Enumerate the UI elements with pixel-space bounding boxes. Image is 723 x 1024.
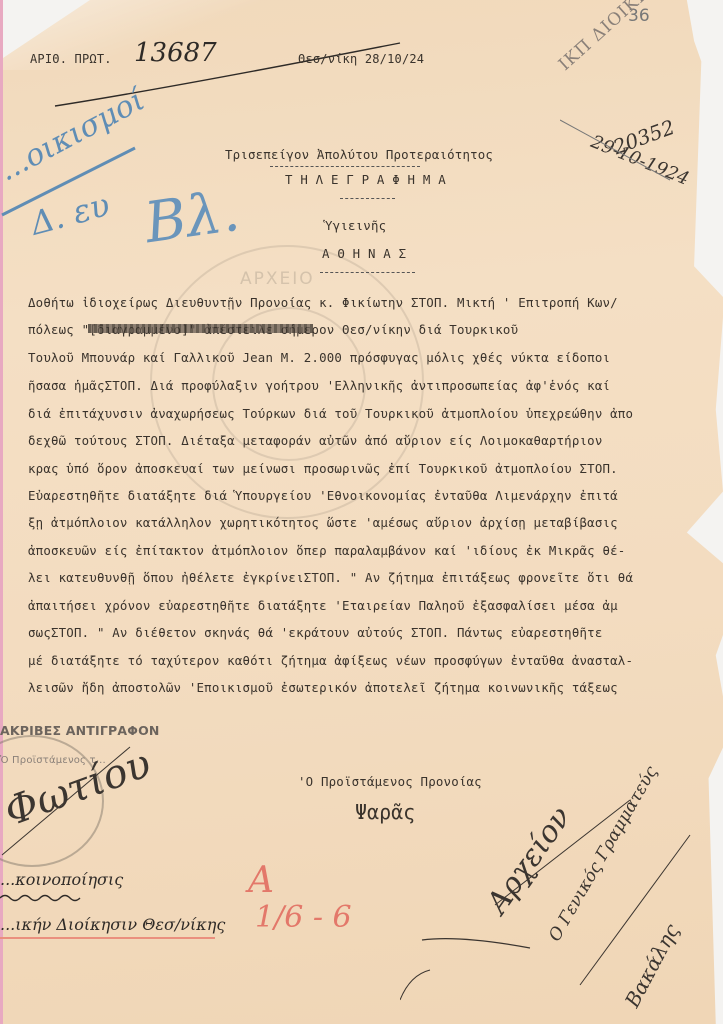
body-line-8: Εὐαρεστηθῆτε διατάξητε διά Ὑπουργείου 'Ε…	[28, 488, 618, 503]
body-line-1: Δοθήτω ἰδιοχείρως Διευθυντῇν Προνοίας κ.…	[28, 295, 618, 310]
received-stamp-lines	[560, 100, 680, 190]
body-line-7: κρας ὑπό ὅρον ἀποσκευαί των μείνωσι προσ…	[28, 461, 618, 476]
copy-signature-stroke	[0, 745, 135, 865]
priority-line: Τρισεπείγον Ἀπολύτου Προτεραιότητος	[225, 147, 493, 162]
body-line-15: λεισῶν ἤδη ἀποστολῶν 'Εποικισμοῦ ἐσωτερι…	[28, 680, 618, 695]
city: Α Θ Η Ν Α Σ	[322, 246, 406, 261]
doc-type-underline	[340, 198, 395, 199]
doc-type: Τ Η Λ Ε Γ Ρ Α Φ Η Μ Α	[285, 172, 446, 187]
red-note-fraction: 1/6 - 6	[255, 900, 352, 935]
body-line-13: σωςΣΤΟΠ. " Αν διέθετον σκηνάς θά 'εκράτο…	[28, 625, 602, 640]
archive-stamp-text: ΑΡΧΕΙΟ	[240, 269, 315, 289]
strikethrough-redaction	[88, 324, 313, 333]
body-line-3: Τουλοῦ Μπουνάρ καί Γαλλικοῦ Jean M. 2.00…	[28, 350, 610, 365]
body-line-12: ἀπαιτήσει χρόνον εὐαρεστηθῆτε διατάξητε …	[28, 598, 618, 613]
ministry: Ὑγιεινῆς	[325, 218, 386, 233]
body-line-14: μέ διατάξητε τό ταχύτερον καθότι ζήτημα …	[28, 653, 633, 668]
blue-note-mark: Βλ.	[141, 179, 244, 257]
left-note-1-underline	[0, 893, 90, 903]
city-underline	[320, 272, 415, 273]
body-line-5: διά ἐπιτάχυνσιν ἀναχωρήσεως Τούρκων διά …	[28, 406, 633, 421]
body-line-4: ῆσασα ἡμᾶςΣΤΟΠ. Διά προφύλαξιν γοήτρου '…	[28, 378, 610, 393]
place-date: Θεσ/νίκη 28/10/24	[298, 52, 424, 66]
hw-strokes	[400, 790, 700, 1020]
left-note-1: ...κοινοποίησις	[0, 870, 123, 889]
left-note-2: ...ικήν Διοίκησιν Θεσ/νίκης	[0, 915, 225, 934]
document-page: 36 ΑΡΙΘ. ΠΡΩΤ. 13687 Θεσ/νίκη 28/10/24 Ι…	[0, 0, 723, 1024]
body-line-9: ξῃ ἀτμόπλοιον κατάλληλον χωρητικότητος ὥ…	[28, 515, 618, 530]
priority-underline	[270, 166, 420, 167]
signer-role: 'Ο Προϊστάμενος Προνοίας	[298, 774, 482, 789]
body-line-11: λει κατευθυνθῇ ὅπου ἠθέλετε ἐγκρίνειΣΤΟΠ…	[28, 570, 633, 585]
red-underline	[0, 937, 215, 939]
body-line-6: δεχθῶ τούτους ΣΤΟΠ. Διέταξα μεταφοράν αὐ…	[28, 433, 602, 448]
red-note-letter: Α	[248, 860, 274, 901]
body-line-10: ἀποσκευῶν είς ἐπίτακτον ἀτμόπλοιον ὅπερ …	[28, 543, 625, 558]
